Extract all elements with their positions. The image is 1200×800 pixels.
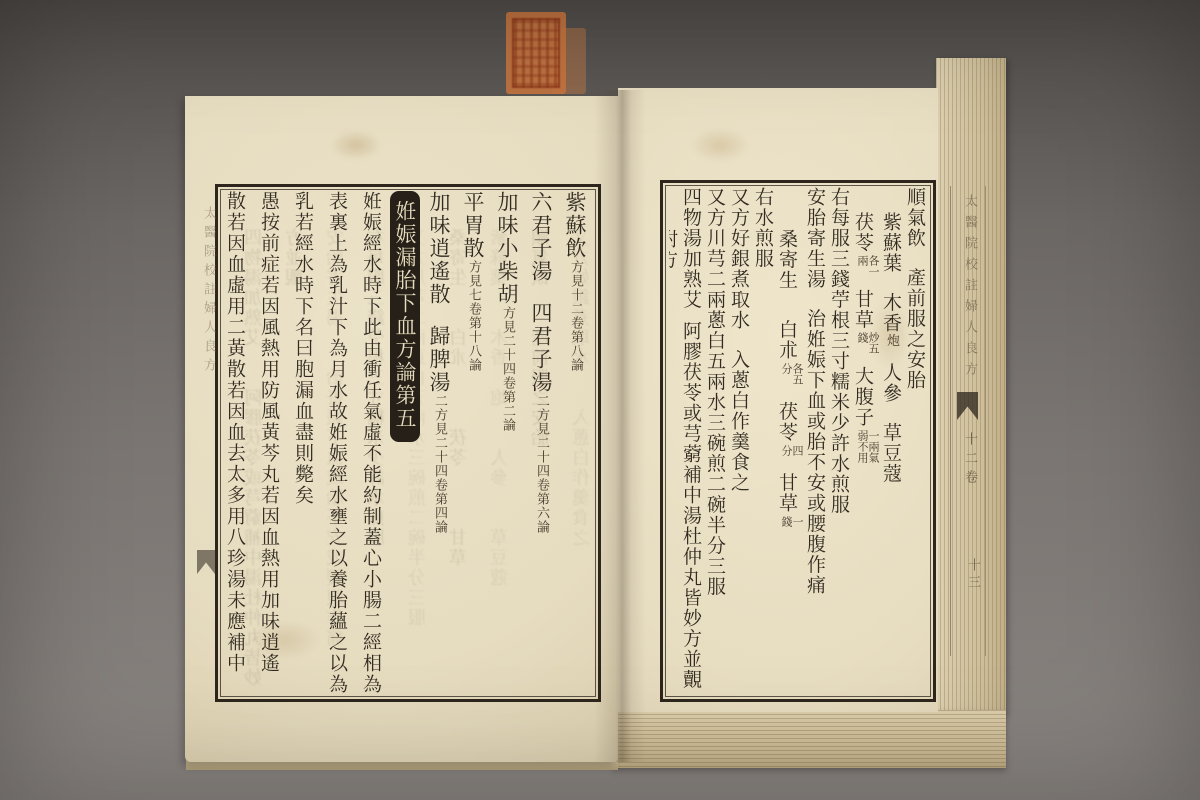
left-page-text: 紫蘇飲方見十二卷第八論六君子湯四君子湯二方見二十四卷第六論加味小柴胡方見二十四卷… — [224, 191, 592, 695]
section-title-column: 姙娠漏胎下血方論第五 — [391, 191, 418, 695]
text-column: 四物湯加熟艾阿膠茯苓或芎藭補中湯杜仲丸皆妙方並覿 — [679, 187, 703, 695]
text-column: 茯苓各一兩甘草炒五錢大腹子一兩氣弱不用 — [851, 187, 879, 695]
text-column: 紫蘇葉木香炮人參草豆蔻 — [879, 187, 903, 695]
text-column: 表裏上為乳汁下為月水故姙娠經水壅之以養胎蘊之以為 — [320, 191, 354, 695]
banxin-margin-strip-left: 太醫院校註婦人良方 — [194, 200, 220, 630]
center-gutter-shadow — [594, 90, 646, 762]
page-number-label: 十三 — [963, 558, 982, 592]
right-page-text: 順氣飲產前服之安胎紫蘇葉木香炮人參草豆蔻茯苓各一兩甘草炒五錢大腹子一兩氣弱不用右… — [669, 187, 927, 695]
fishtail-mark-icon — [197, 550, 215, 574]
right-page-text-frame: 順氣飲產前服之安胎紫蘇葉木香炮人參草豆蔻茯苓各一兩甘草炒五錢大腹子一兩氣弱不用右… — [660, 180, 936, 702]
text-column: 姙娠經水時下此由衝任氣虛不能約制蓋心小腸二經相為 — [354, 191, 388, 695]
text-column: 乳若經水時下名曰胞漏血盡則斃矣 — [286, 191, 320, 695]
text-column: 愚按前症若因風熱用防風黃芩丸若因血熱用加味逍遙 — [252, 191, 286, 695]
dosage-note: 各五分 — [781, 363, 803, 385]
fishtail-mark-icon — [957, 392, 978, 420]
red-collector-seal-icon — [506, 12, 566, 94]
text-column: 加味逍遙散歸脾湯二方見二十四卷第四論 — [422, 191, 456, 695]
text-column: 六君子湯四君子湯二方見二十四卷第六論 — [524, 191, 558, 695]
running-title: 太醫院校註婦人良方 — [960, 194, 979, 383]
dosage-note: 一錢 — [781, 516, 803, 527]
text-column: 附方 — [669, 187, 679, 695]
text-column: 右每服三錢苧根三寸糯米少許水煎服 — [827, 187, 851, 695]
text-column: 又方好銀煮取水入蔥白作羹食之 — [727, 187, 751, 695]
text-column: 又方川芎二兩蔥白五兩水三碗煎二碗半分三服 — [703, 187, 727, 695]
text-column: 安胎寄生湯治姙娠下血或胎不安或腰腹作痛 — [803, 187, 827, 695]
photo-of-open-woodblock-book: 四物湯加熟艾 阿膠茯苓或芎藭補中湯杜仲丸皆妙方並覿安胎寄生湯 治姙娠下血或胎不安… — [0, 0, 1200, 800]
dosage-note: 各一兩 — [857, 255, 879, 277]
text-column: 平胃散方見七卷第十八論 — [456, 191, 490, 695]
left-page-text-frame: 紫蘇飲方見十二卷第八論六君子湯四君子湯二方見二十四卷第六論加味小柴胡方見二十四卷… — [215, 184, 601, 702]
running-title: 太醫院校註婦人良方 — [199, 206, 218, 377]
text-column: 右水煎服 — [751, 187, 775, 695]
text-column: 順氣飲產前服之安胎 — [903, 187, 927, 695]
banxin-margin-strip-right: 太醫院校註婦人良方 十二卷 十三 — [950, 186, 986, 656]
dosage-note: 一兩氣弱不用 — [857, 430, 879, 463]
text-column: 紫蘇飲方見十二卷第八論 — [558, 191, 592, 695]
text-column: 加味小柴胡方見二十四卷第二論 — [490, 191, 524, 695]
volume-label: 十二卷 — [960, 432, 979, 489]
text-column: 桑寄生白朮各五分茯苓四分甘草一錢 — [775, 187, 803, 695]
dosage-note: 炒五錢 — [857, 332, 879, 354]
dosage-note: 四分 — [781, 445, 803, 456]
text-column: 散若因血虛用二黃散若因血去太多用八珍湯未應補中 — [224, 191, 252, 695]
book-bottom-page-edges — [612, 710, 1006, 768]
